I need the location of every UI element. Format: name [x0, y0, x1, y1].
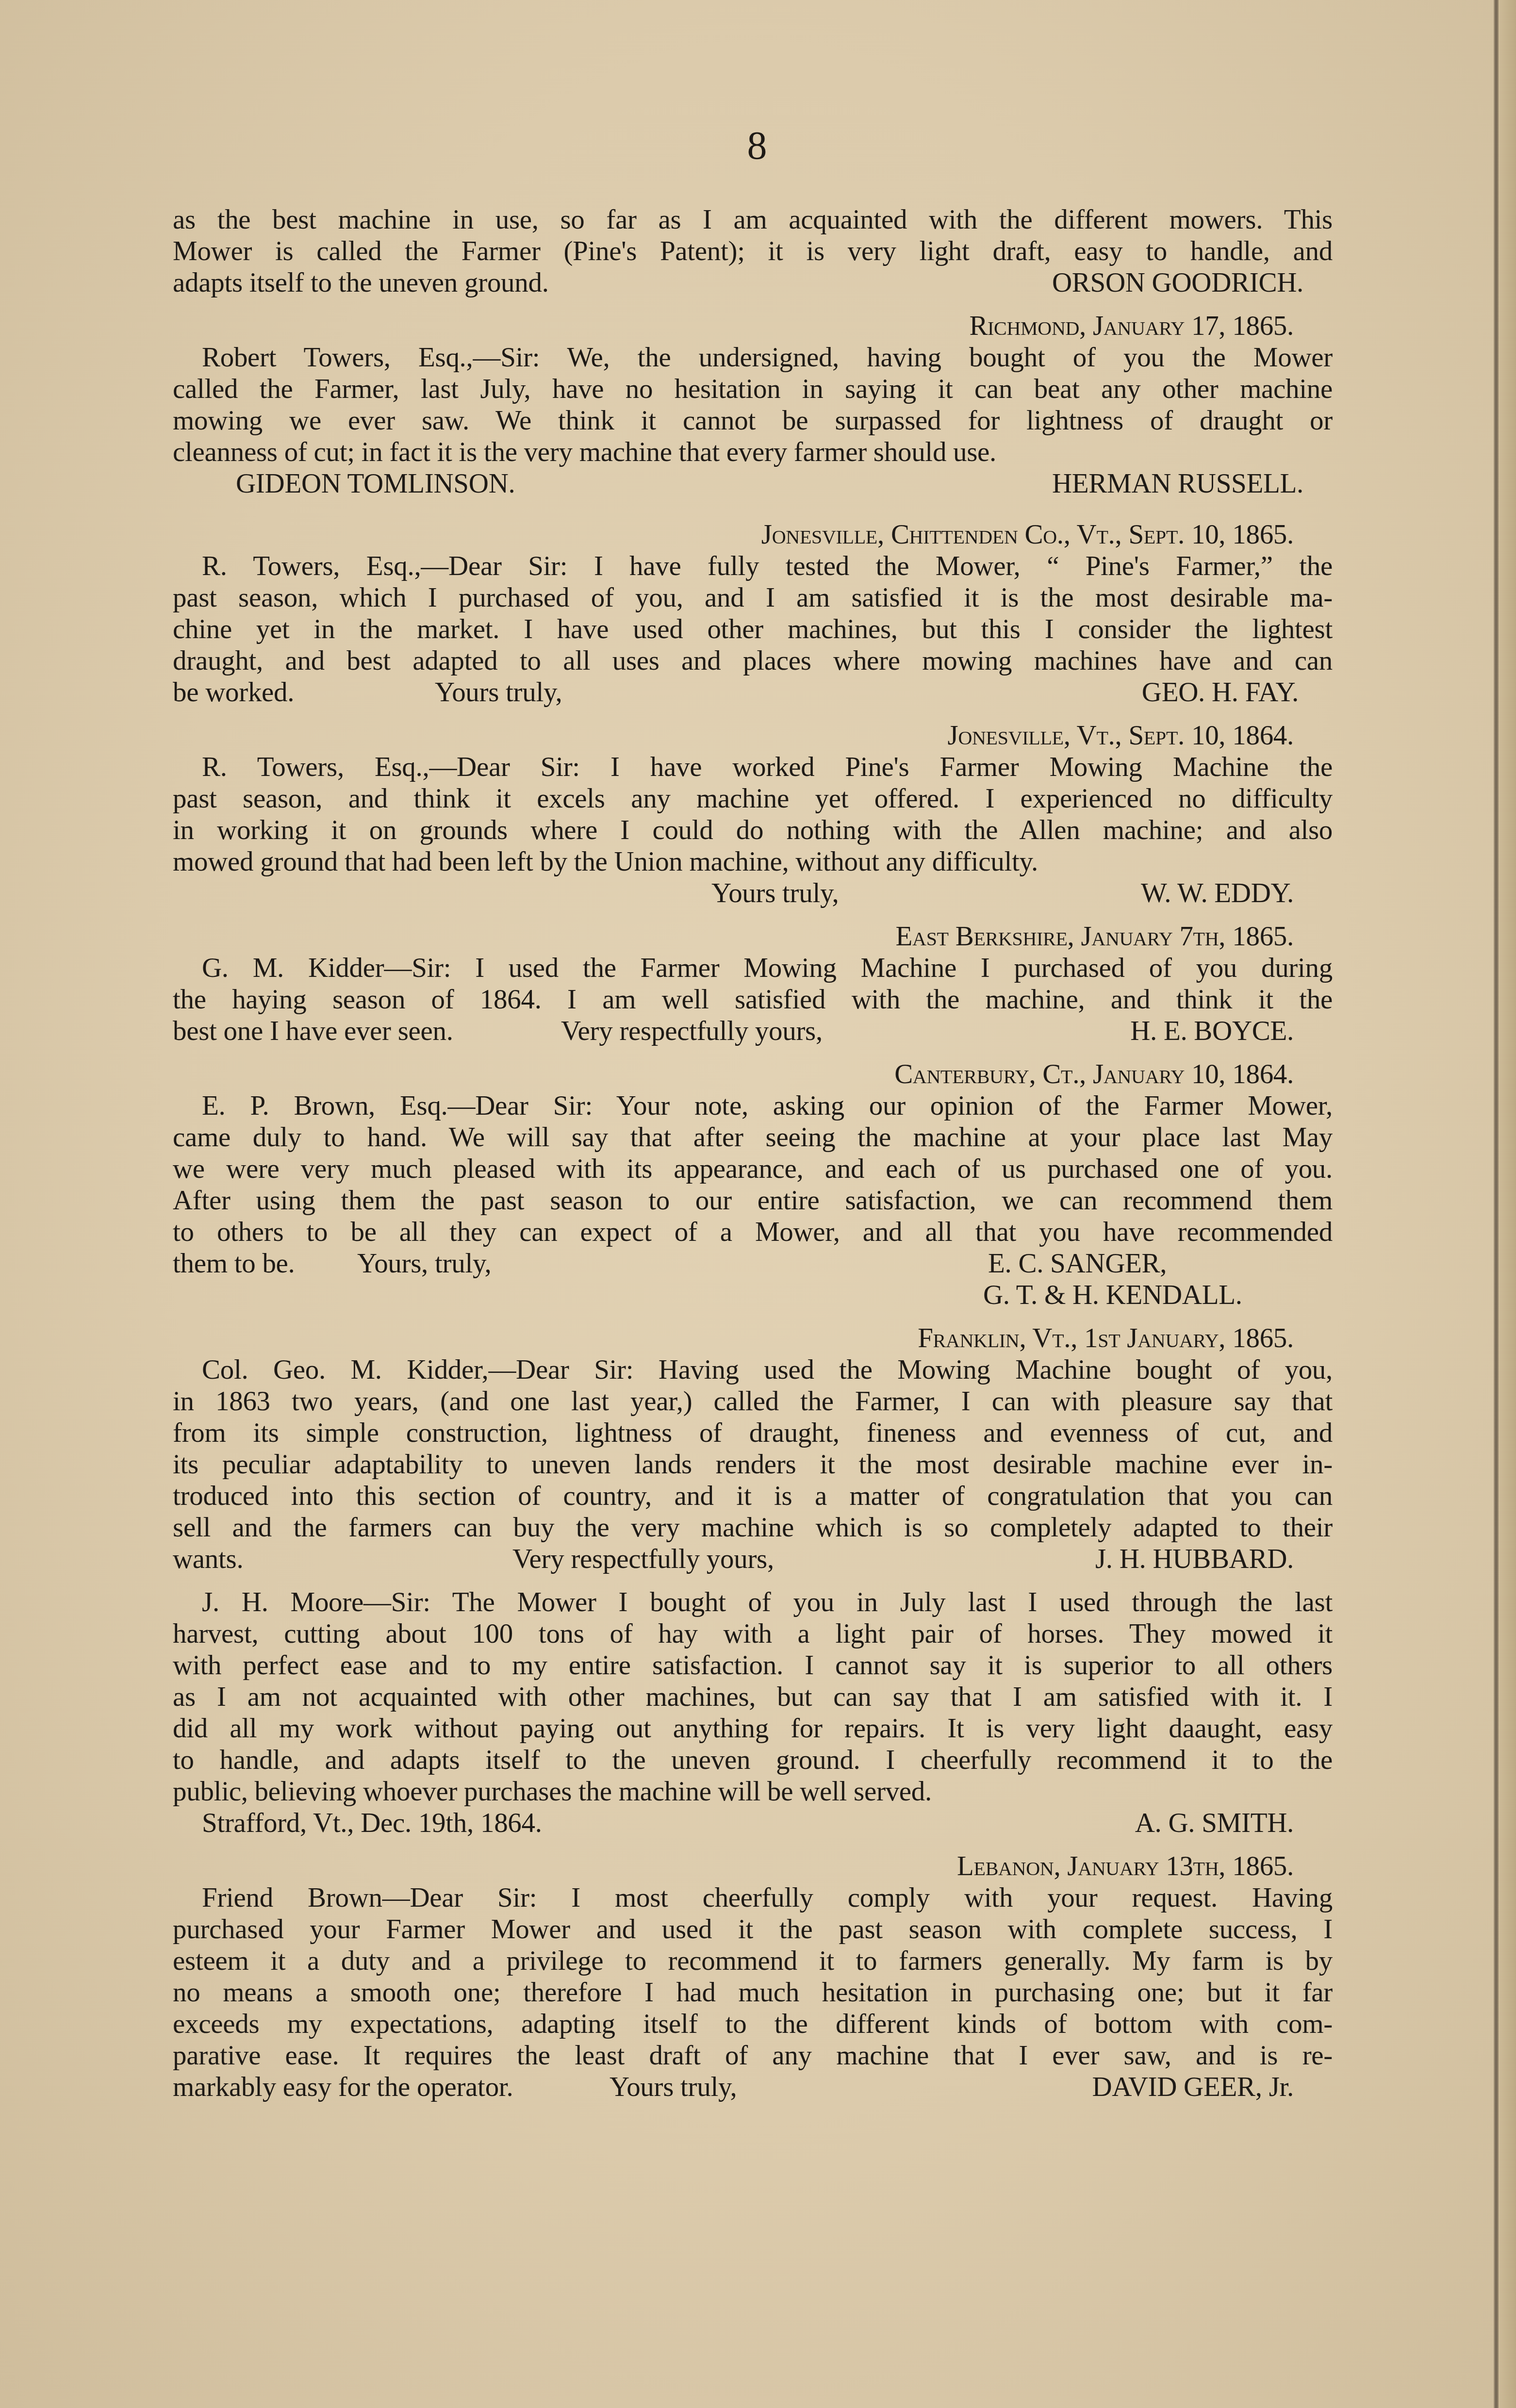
signatures-row: GIDEON TOMLINSON. HERMAN RUSSELL. [173, 468, 1333, 499]
body-line: in working it on grounds where I could d… [173, 814, 1333, 846]
body-line: no means a smooth one; therefore I had m… [173, 1977, 1333, 2008]
dateline: Franklin, Vt., 1st January, 1865. [173, 1322, 1333, 1354]
closing: Yours, truly, [357, 1248, 988, 1279]
body-last-line: mowed ground that had been left by the U… [173, 846, 1333, 877]
signature: HERMAN RUSSELL. [1052, 468, 1303, 499]
body-line: called the Farmer, last July, have no he… [173, 373, 1333, 405]
salutation-line: Col. Geo. M. Kidder,—Dear Sir: Having us… [173, 1354, 1333, 1385]
closing: Very respectfully yours, [512, 1543, 1095, 1575]
body-line: After using them the past season to our … [173, 1185, 1333, 1216]
testimonial-sanger-kendall: Canterbury, Ct., January 10, 1864. E. P.… [173, 1058, 1333, 1311]
closing-row: markably easy for the operator. Yours tr… [173, 2071, 1333, 2103]
body-line: troduced into this section of country, a… [173, 1480, 1333, 1512]
signature-row-2: G. T. & H. KENDALL. [173, 1279, 1333, 1311]
body-line: harvest, cutting about 100 tons of hay w… [173, 1618, 1333, 1649]
dateline: Canterbury, Ct., January 10, 1864. [173, 1058, 1333, 1090]
signature: J. H. HUBBARD. [1095, 1543, 1294, 1575]
body-line: esteem it a duty and a privilege to reco… [173, 1945, 1333, 1977]
closing: Very respectfully yours, [561, 1015, 1130, 1047]
closing-row: them to be. Yours, truly, E. C. SANGER, [173, 1248, 1333, 1279]
place-date: Strafford, Vt., Dec. 19th, 1864. [202, 1807, 542, 1839]
salutation-line: R. Towers, Esq.,—Dear Sir: I have worked… [173, 751, 1333, 783]
salutation-line: J. H. Moore—Sir: The Mower I bought of y… [173, 1586, 1333, 1618]
body-line: the haying season of 1864. I am well sat… [173, 984, 1333, 1015]
body-line: Mower is called the Farmer (Pine's Paten… [173, 235, 1333, 267]
body-line: in 1863 two years, (and one last year,) … [173, 1385, 1333, 1417]
dateline: Jonesville, Vt., Sept. 10, 1864. [173, 720, 1333, 751]
body-line: to others to be all they can expect of a… [173, 1216, 1333, 1248]
closing-row: adapts itself to the uneven ground. ORSO… [173, 267, 1333, 298]
closing-row: wants. Very respectfully yours, J. H. HU… [173, 1543, 1333, 1575]
dateline: Jonesville, Chittenden Co., Vt., Sept. 1… [173, 519, 1333, 550]
page-edge [1499, 0, 1516, 2408]
body-last-line: best one I have ever seen. [173, 1015, 561, 1047]
body-line: from its simple construction, lightness … [173, 1417, 1333, 1449]
testimonial-goodrich: as the best machine in use, so far as I … [173, 204, 1333, 298]
testimonial-hubbard: Franklin, Vt., 1st January, 1865. Col. G… [173, 1322, 1333, 1575]
salutation-line: R. Towers, Esq.,—Dear Sir: I have fully … [173, 550, 1333, 582]
dateline: Richmond, January 17, 1865. [173, 310, 1333, 342]
signature: GIDEON TOMLINSON. [236, 468, 515, 499]
body-line: we were very much pleased with its appea… [173, 1153, 1333, 1185]
body-line: with perfect ease and to my entire satis… [173, 1649, 1333, 1681]
body-line: draught, and best adapted to all uses an… [173, 645, 1333, 676]
body-line: its peculiar adaptability to uneven land… [173, 1449, 1333, 1480]
salutation-line: G. M. Kidder—Sir: I used the Farmer Mowi… [173, 952, 1333, 984]
body-last-line: wants. [173, 1543, 512, 1575]
body-line: exceeds my expectations, adapting itself… [173, 2008, 1333, 2040]
body-last-line: them to be. [173, 1248, 357, 1279]
body-last-line: be worked. [173, 676, 435, 708]
text-column: as the best machine in use, so far as I … [173, 204, 1333, 2103]
body-last-line: adapts itself to the uneven ground. [173, 267, 549, 298]
testimonial-geer: Lebanon, January 13th, 1865. Friend Brow… [173, 1850, 1333, 2103]
testimonial-eddy: Jonesville, Vt., Sept. 10, 1864. R. Towe… [173, 720, 1333, 909]
page-number: 8 [738, 124, 776, 167]
body-line: as the best machine in use, so far as I … [173, 204, 1333, 235]
body-line: past season, which I purchased of you, a… [173, 582, 1333, 613]
body-line: purchased your Farmer Mower and used it … [173, 1913, 1333, 1945]
signature: H. E. BOYCE. [1130, 1015, 1294, 1047]
testimonial-smith: J. H. Moore—Sir: The Mower I bought of y… [173, 1586, 1333, 1839]
closing-row: best one I have ever seen. Very respectf… [173, 1015, 1333, 1047]
signature: A. G. SMITH. [1135, 1807, 1294, 1839]
body-line: past season, and think it excels any mac… [173, 783, 1333, 814]
place-date-row: Strafford, Vt., Dec. 19th, 1864. A. G. S… [173, 1807, 1333, 1839]
testimonial-fay: Jonesville, Chittenden Co., Vt., Sept. 1… [173, 519, 1333, 708]
body-line: sell and the farmers can buy the very ma… [173, 1512, 1333, 1543]
closing-row: Yours truly, W. W. EDDY. [173, 877, 1333, 909]
body-line: did all my work without paying out anyth… [173, 1713, 1333, 1744]
testimonial-tomlinson-russell: Richmond, January 17, 1865. Robert Tower… [173, 310, 1333, 499]
body-line: to handle, and adapts itself to the unev… [173, 1744, 1333, 1776]
closing-row: be worked. Yours truly, GEO. H. FAY. [173, 676, 1333, 708]
dateline: East Berkshire, January 7th, 1865. [173, 921, 1333, 952]
signature: W. W. EDDY. [1141, 877, 1294, 909]
signature: GEO. H. FAY. [1142, 676, 1299, 708]
closing: Yours truly, [610, 2071, 1092, 2103]
body-line: as I am not acquainted with other machin… [173, 1681, 1333, 1713]
closing: Yours truly, [435, 676, 1142, 708]
signature: DAVID GEER, Jr. [1092, 2071, 1294, 2103]
signature: ORSON GOODRICH. [1052, 267, 1333, 298]
dateline: Lebanon, January 13th, 1865. [173, 1850, 1333, 1882]
signature: G. T. & H. KENDALL. [983, 1280, 1242, 1310]
body-line: came duly to hand. We will say that afte… [173, 1122, 1333, 1153]
signature: E. C. SANGER, [988, 1248, 1333, 1279]
body-line: parative ease. It requires the least dra… [173, 2040, 1333, 2071]
salutation-line: Friend Brown—Dear Sir: I most cheerfully… [173, 1882, 1333, 1913]
book-spine-shadow [1494, 0, 1499, 2408]
document-page: 8 as the best machine in use, so far as … [0, 0, 1516, 2408]
body-last-line: cleanness of cut; in fact it is the very… [173, 436, 1333, 468]
body-last-line: markably easy for the operator. [173, 2071, 610, 2103]
salutation-line: E. P. Brown, Esq.—Dear Sir: Your note, a… [173, 1090, 1333, 1122]
salutation-line: Robert Towers, Esq.,—Sir: We, the unders… [173, 342, 1333, 373]
closing: Yours truly, [711, 877, 839, 909]
body-line: mowing we ever saw. We think it cannot b… [173, 405, 1333, 436]
testimonial-boyce: East Berkshire, January 7th, 1865. G. M.… [173, 921, 1333, 1047]
body-line: chine yet in the market. I have used oth… [173, 613, 1333, 645]
body-last-line: public, believing whoever purchases the … [173, 1776, 1333, 1807]
